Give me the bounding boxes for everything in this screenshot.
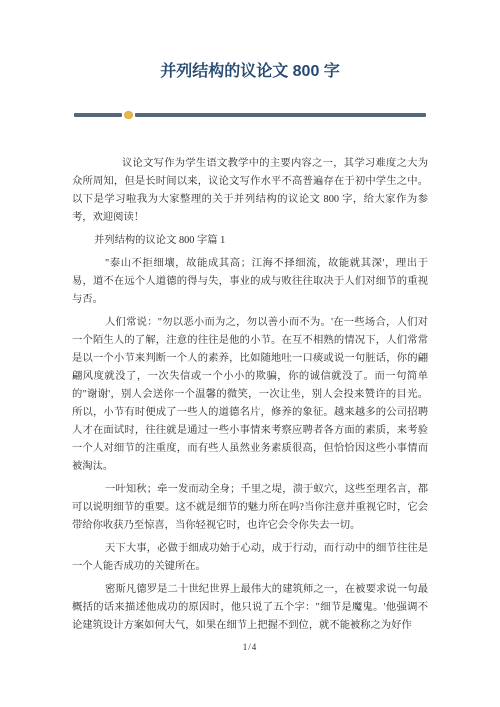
document-page: 并列结构的议论文 800 字 议论文写作为学生语文教学中的主要内容之一，其学习难…: [0, 0, 500, 707]
section-heading: 并列结构的议论文 800 字篇 1: [72, 232, 428, 250]
page-title: 并列结构的议论文 800 字: [0, 0, 500, 81]
document-body: 议论文写作为学生语文教学中的主要内容之一，其学习难度之大为众所周知，但是长时间以…: [72, 155, 428, 635]
body-paragraph: "泰山不拒细壤，故能成其高；江海不择细流，故能就其深'，理出于易，道不在远个人道…: [72, 255, 428, 309]
body-paragraph: 密斯凡德罗是二十世纪世界上最伟大的建筑师之一，在被要求说一句最概括的话来描述他成…: [72, 581, 428, 635]
divider-bar-right: [135, 113, 426, 117]
title-divider: [74, 111, 426, 119]
body-paragraph: 人们常说："勿以恶小而为之，勿以善小而不为。'在一些场合，人们对一个陌生人的了解…: [72, 314, 428, 476]
body-paragraph: 天下大事，必做于细成功始于心动，成于行动，而行动中的细节往往是一个人能否成功的关…: [72, 540, 428, 576]
body-paragraph: 一叶知秋；牵一发而动全身；千里之堤，溃于蚁穴，这些至理名言，都可以说明细节的重要…: [72, 481, 428, 535]
intro-paragraph: 议论文写作为学生语文教学中的主要内容之一，其学习难度之大为众所周知，但是长时间以…: [72, 155, 428, 227]
divider-dot-icon: [124, 111, 133, 119]
page-number: 1/4: [0, 642, 500, 652]
divider-bar-left: [74, 113, 122, 117]
